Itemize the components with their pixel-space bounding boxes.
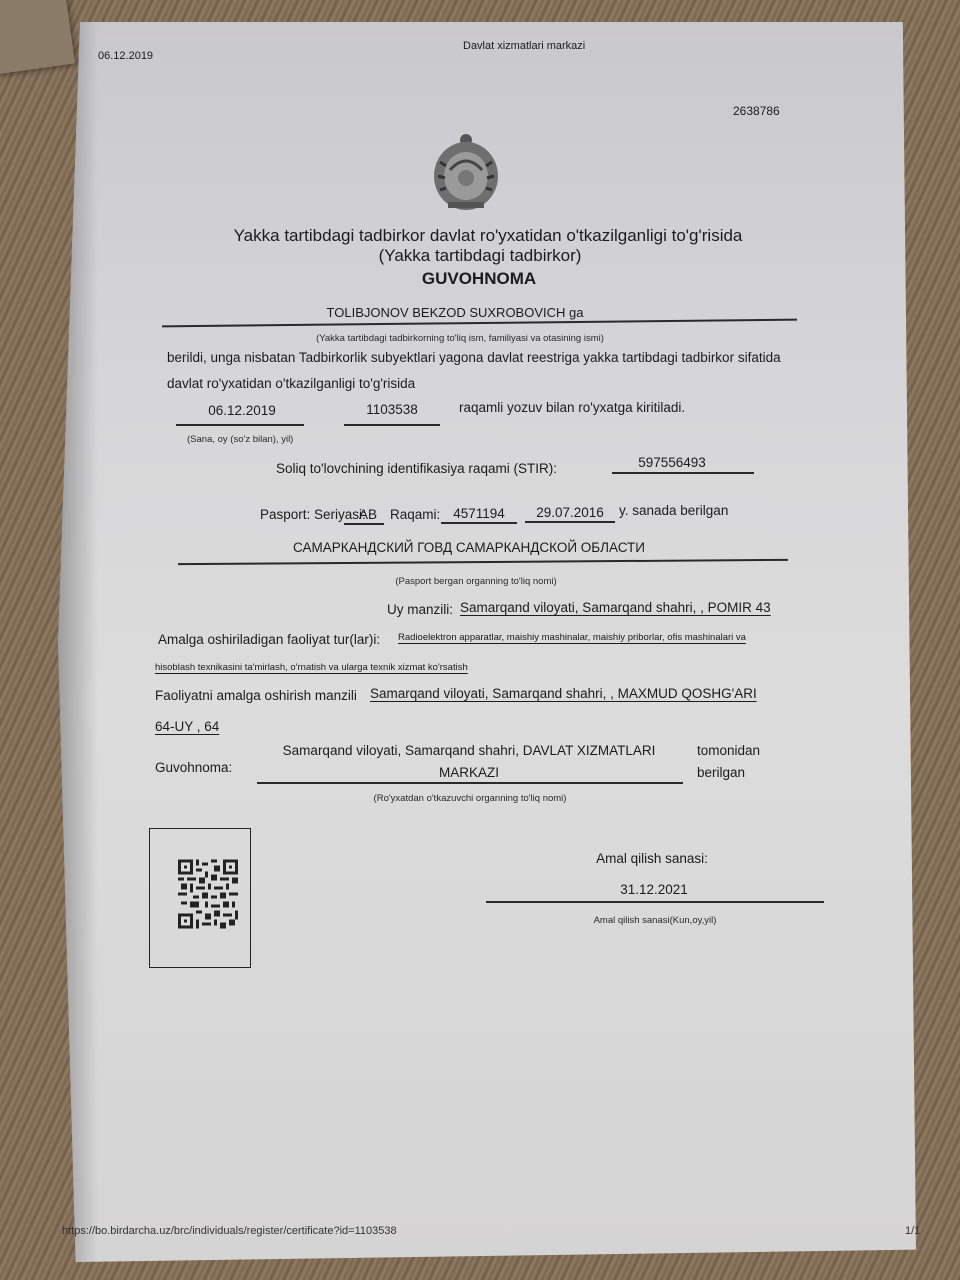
registration-date-caption: (Sana, oy (so'z bilan), yil) — [187, 434, 293, 445]
activity-value-line2: hisoblash texnikasini ta'mirlash, o'rnat… — [155, 662, 468, 673]
passport-number-label: Raqami: — [390, 507, 440, 522]
holder-name-caption: (Yakka tartibdagi tadbirkorning to'liq i… — [316, 333, 604, 344]
issuer-header: Davlat xizmatlari markazi — [463, 40, 585, 52]
home-address-value: Samarqand viloyati, Samarqand shahri, , … — [460, 600, 771, 615]
issued-by-line2: MARKAZI — [439, 765, 499, 780]
print-date: 06.12.2019 — [98, 50, 153, 62]
passport-issuer-caption: (Pasport bergan organning to'liq nomi) — [395, 576, 556, 587]
body-text-line2: davlat ro'yxatidan o'tkazilganligi to'g'… — [167, 376, 415, 391]
uzbekistan-state-emblem-icon — [430, 132, 502, 223]
stir-underline — [612, 472, 754, 474]
passport-series-underline — [344, 523, 384, 525]
activity-label: Amalga oshiriladigan faoliyat tur(lar)i: — [158, 632, 380, 647]
certificate-subtitle: Yakka tartibdagi tadbirkor davlat ro'yxa… — [234, 226, 743, 246]
qr-code-frame — [149, 828, 251, 968]
registration-date: 06.12.2019 — [208, 403, 276, 418]
passport-issuer: САМАРКАНДСКИЙ ГОВД САМАРКАНДСКОЙ ОБЛАСТИ — [293, 540, 645, 555]
page-title: GUVOHNOMA — [422, 269, 536, 289]
issued-by-caption: (Ro'yxatdan o'tkazuvchi organning to'liq… — [374, 793, 567, 804]
issued-by-suffix2: berilgan — [697, 765, 745, 780]
passport-number: 4571194 — [453, 506, 505, 521]
passport-series: AB — [359, 507, 377, 522]
passport-issue-suffix: y. sanada berilgan — [619, 503, 728, 518]
document-number: 2638786 — [733, 104, 780, 118]
qr-code-icon — [178, 859, 238, 934]
stir-label: Soliq to'lovchining identifikasiya raqam… — [276, 461, 557, 476]
stir-value: 597556493 — [638, 455, 706, 470]
registration-date-underline — [176, 424, 304, 426]
registration-suffix: raqamli yozuv bilan ro'yxatga kiritiladi… — [459, 400, 685, 415]
passport-issue-date-underline — [525, 521, 615, 523]
certificate-type: (Yakka tartibdagi tadbirkor) — [379, 246, 582, 266]
validity-underline — [486, 901, 824, 903]
passport-label: Pasport: Seriyasi: — [260, 507, 366, 522]
validity-label: Amal qilish sanasi: — [596, 851, 708, 866]
background-box — [0, 0, 75, 76]
issued-by-suffix1: tomonidan — [697, 743, 760, 758]
registration-number: 1103538 — [366, 402, 418, 417]
issued-by-underline — [257, 782, 683, 784]
validity-caption: Amal qilish sanasi(Kun,oy,yil) — [594, 915, 717, 926]
passport-number-underline — [441, 522, 517, 524]
activity-address-line1: Samarqand viloyati, Samarqand shahri, , … — [370, 686, 757, 701]
activity-address-line2: 64-UY , 64 — [155, 719, 219, 734]
validity-date: 31.12.2021 — [620, 882, 688, 897]
registration-number-underline — [344, 424, 440, 426]
home-address-label: Uy manzili: — [387, 602, 453, 617]
passport-issue-date: 29.07.2016 — [536, 505, 604, 520]
issued-by-line1: Samarqand viloyati, Samarqand shahri, DA… — [283, 743, 656, 758]
body-text-line1: berildi, unga nisbatan Tadbirkorlik suby… — [167, 350, 781, 365]
issued-by-label: Guvohnoma: — [155, 760, 232, 775]
activity-address-label: Faoliyatni amalga oshirish manzili — [155, 688, 357, 703]
activity-value-line1: Radioelektron apparatlar, maishiy mashin… — [398, 632, 746, 643]
holder-name: TOLIBJONOV BEKZOD SUXROBOVICH ga — [327, 305, 584, 320]
page-number: 1/1 — [905, 1225, 920, 1237]
footer-url: https://bo.birdarcha.uz/brc/individuals/… — [62, 1225, 397, 1237]
